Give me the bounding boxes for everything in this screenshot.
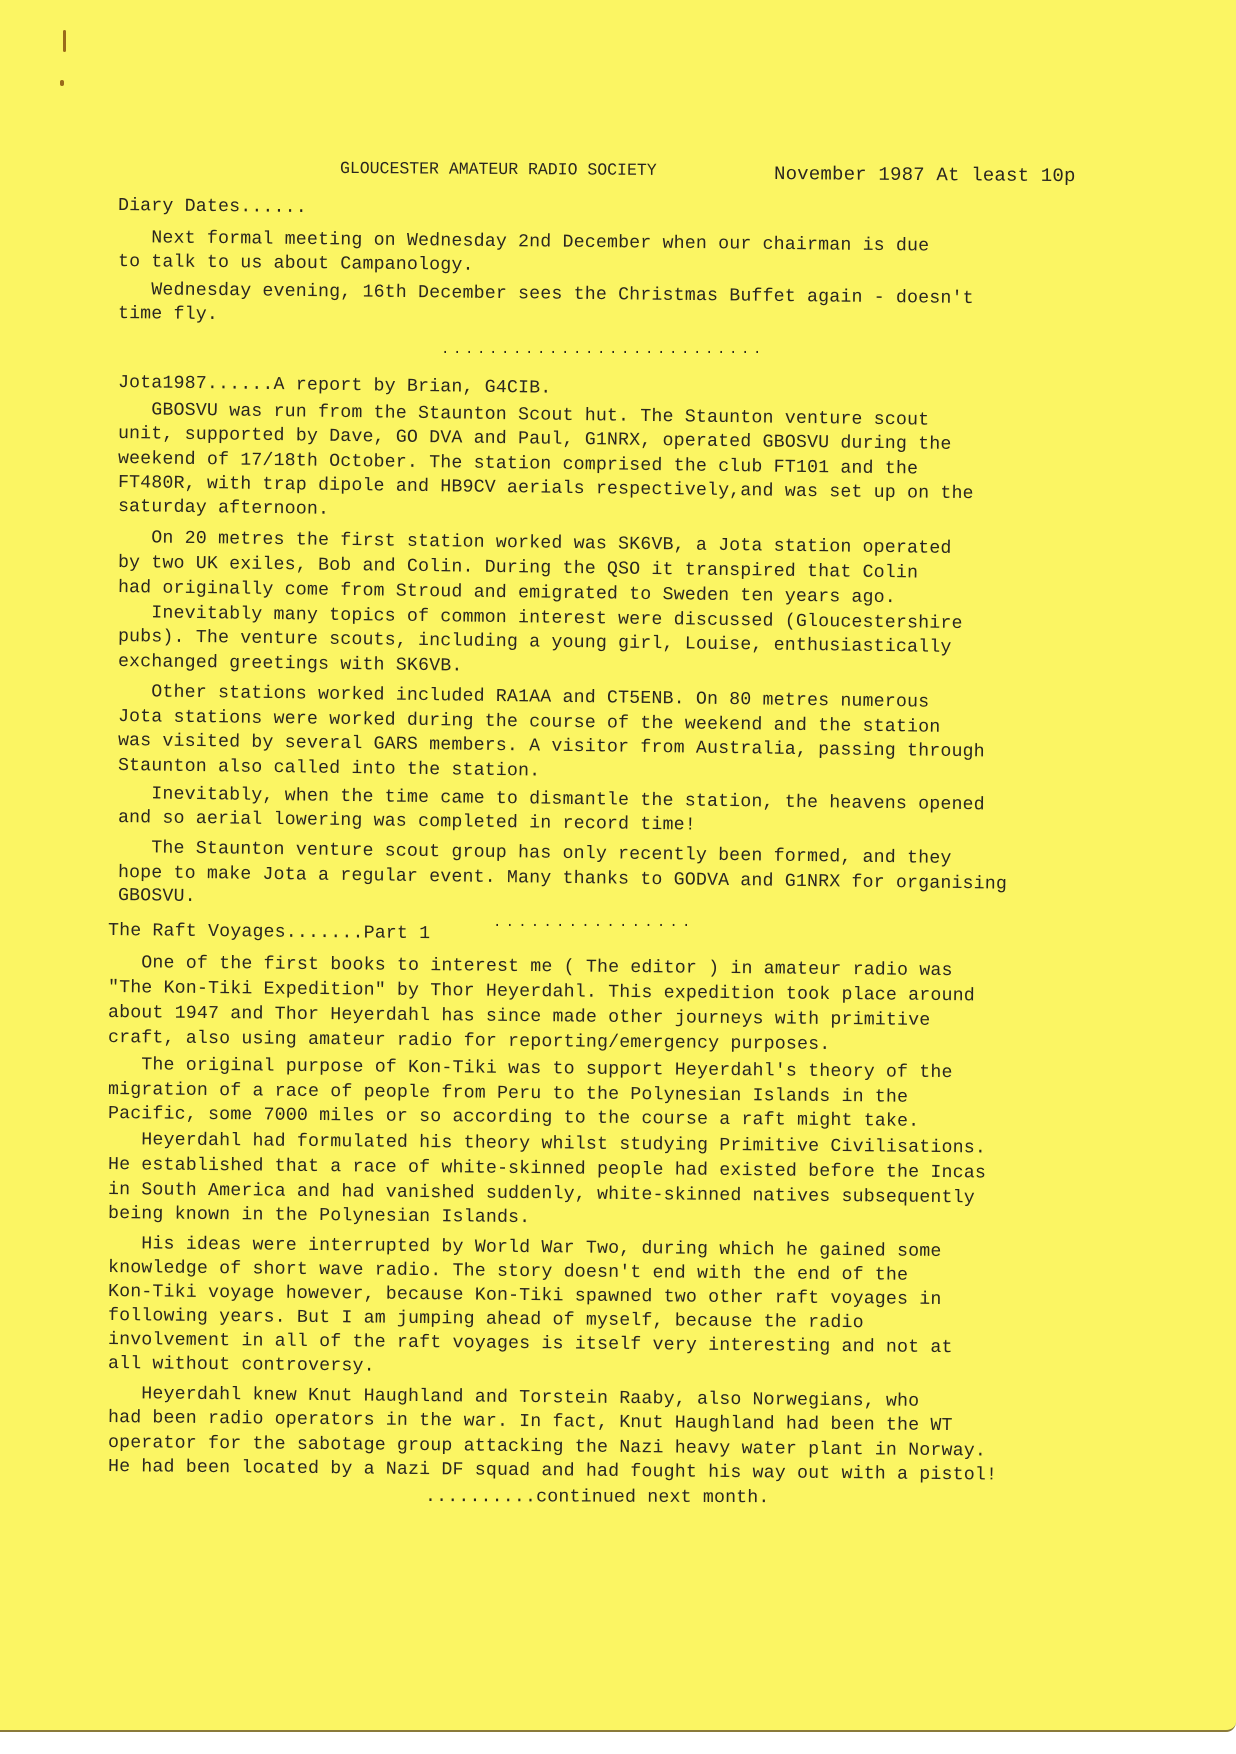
separator-dots: ........................... — [441, 342, 765, 358]
diary-line: Wednesday evening, 16th December sees th… — [118, 280, 974, 309]
margin-mark — [63, 30, 66, 52]
diary-line: Next formal meeting on Wednesday 2nd Dec… — [118, 228, 930, 256]
raft-line: about 1947 and Thor Heyerdahl has since … — [108, 1003, 931, 1031]
raft-line: Kon-Tiki voyage however, because Kon-Tik… — [108, 1282, 942, 1310]
raft-line: The Raft Voyages.......Part 1 — [108, 921, 431, 944]
society-title: GLOUCESTER AMATEUR RADIO SOCIETY — [340, 160, 657, 181]
continued-next-month: ..........continued next month. — [425, 1487, 770, 1508]
raft-line: migration of a race of people from Peru … — [108, 1080, 908, 1108]
raft-line: The original purpose of Kon-Tiki was to … — [108, 1055, 953, 1083]
raft-line: Heyerdahl had formulated his theory whil… — [108, 1130, 986, 1158]
diary-line: time fly. — [118, 304, 218, 325]
jota-line: GBOSVU. — [118, 886, 196, 907]
raft-line: He had been located by a Nazi DF squad a… — [108, 1457, 997, 1486]
raft-line: Pacific, some 7000 miles or so according… — [108, 1104, 919, 1132]
jota-line: exchanged greetings with SK6VB. — [118, 652, 463, 677]
diary-line: to talk to us about Campanology. — [118, 252, 474, 276]
jota-line: and so aerial lowering was completed in … — [118, 808, 696, 836]
raft-line: His ideas were interrupted by World War … — [108, 1234, 942, 1262]
issue-date-price: November 1987 At least 10p — [774, 163, 1076, 187]
raft-line: craft, also using amateur radio for repo… — [108, 1028, 831, 1055]
raft-line: knowledge of short wave radio. The story… — [108, 1258, 908, 1286]
raft-line: all without controversy. — [108, 1354, 375, 1377]
separator-dots: ................ — [493, 915, 695, 931]
jota-line: Staunton also called into the station. — [118, 756, 541, 782]
raft-line: involvement in all of the raft voyages i… — [108, 1330, 953, 1358]
raft-line: following years. But I am jumping ahead … — [108, 1306, 864, 1333]
newsletter-page: GLOUCESTER AMATEUR RADIO SOCIETY Novembe… — [0, 0, 1236, 1732]
diary-line: Diary Dates...... — [118, 196, 307, 218]
raft-line: in South America and had vanished sudden… — [108, 1180, 975, 1208]
raft-line: had been radio operators in the war. In … — [108, 1408, 953, 1436]
margin-mark — [60, 80, 64, 86]
raft-line: operator for the sabotage group attackin… — [108, 1433, 986, 1461]
raft-line: Heyerdahl knew Knut Haughland and Torste… — [108, 1384, 919, 1412]
jota-line: saturday afternoon. — [118, 497, 329, 520]
raft-line: One of the first books to interest me ( … — [108, 953, 953, 981]
jota-line: Jota1987......A report by Brian, G4CIB. — [118, 373, 552, 399]
raft-line: "The Kon-Tiki Expedition" by Thor Heyerd… — [108, 978, 975, 1006]
raft-line: He established that a race of white-skin… — [108, 1155, 986, 1183]
raft-line: being known in the Polynesian Islands. — [108, 1204, 531, 1228]
